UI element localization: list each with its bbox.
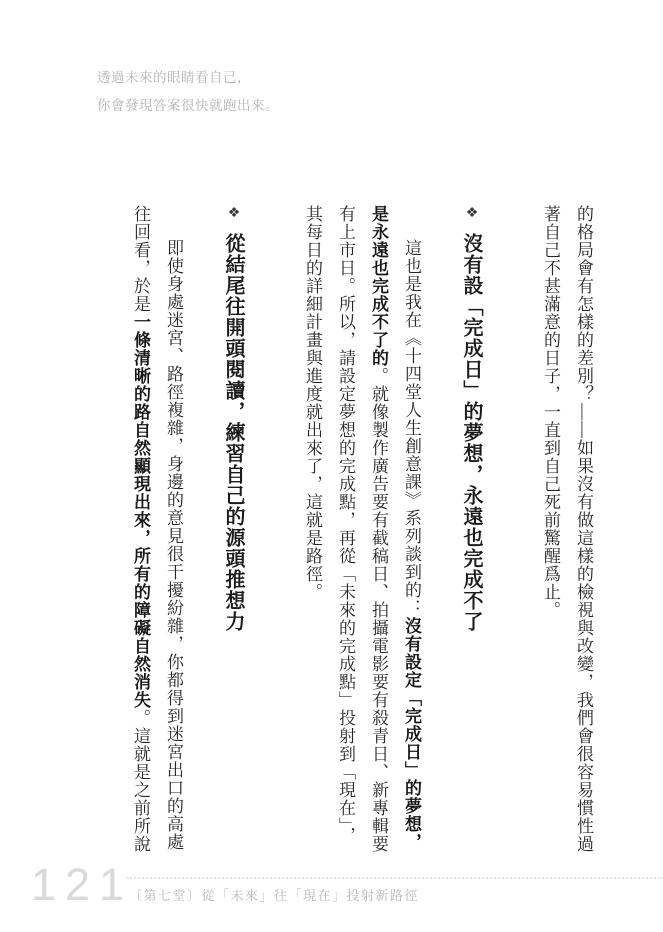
- section-heading-1: ❖沒有設「完成日」的夢想，永遠也完成不了: [455, 205, 487, 861]
- header-quote-line-2: 你會發現答案很快就跑出來。: [97, 92, 279, 120]
- header-quote: 透過未來的眼睛看自己， 你會發現答案很快就跑出來。: [97, 64, 279, 119]
- section-heading-2-text: 從結尾往開頭閱讀，練習自己的源頭推想力: [222, 233, 244, 632]
- paragraph-segment: 。這就是之前所說: [131, 709, 150, 853]
- diamond-marker-icon: ❖: [464, 205, 479, 222]
- page-number: 121: [31, 862, 133, 907]
- paragraph-maze: 即使身處迷宮、路徑複雜，身邊的意見很干擾紛雜，你都得到迷宮出口的高處往回看，於是…: [124, 205, 190, 861]
- section-heading-2: ❖從結尾往開頭閱讀，練習自己的源頭推想力: [217, 205, 249, 861]
- paragraph-segment: 這也是我在《十四堂人生創意課》系列談到的：: [402, 239, 421, 617]
- chapter-caption: 〔第七堂〕從「未來」往「現在」投射新路徑: [129, 885, 419, 904]
- paragraph-completion-day: 這也是我在《十四堂人生創意課》系列談到的：沒有設定「完成日」的夢想，是永遠也完成…: [296, 205, 428, 861]
- header-quote-line-1: 透過未來的眼睛看自己，: [97, 64, 279, 92]
- main-text-area: 的格局會有怎樣的差別？——如果沒有做這樣的檢視與改變，我們會很容易慣性過著自己不…: [124, 205, 600, 861]
- paragraph-segment-bold: 一條清晰的路自然顯現出來，所有的障礙自然消失: [131, 313, 150, 709]
- footer-divider-dotted-line: [127, 877, 663, 879]
- paragraph-carryover: 的格局會有怎樣的差別？——如果沒有做這樣的檢視與改變，我們會很容易慣性過著自己不…: [534, 205, 600, 861]
- diamond-marker-icon: ❖: [226, 205, 241, 222]
- section-heading-1-text: 沒有設「完成日」的夢想，永遠也完成不了: [460, 233, 482, 632]
- paragraph-carryover-text: 的格局會有怎樣的差別？——如果沒有做這樣的檢視與改變，我們會很容易慣性過著自己不…: [541, 205, 593, 853]
